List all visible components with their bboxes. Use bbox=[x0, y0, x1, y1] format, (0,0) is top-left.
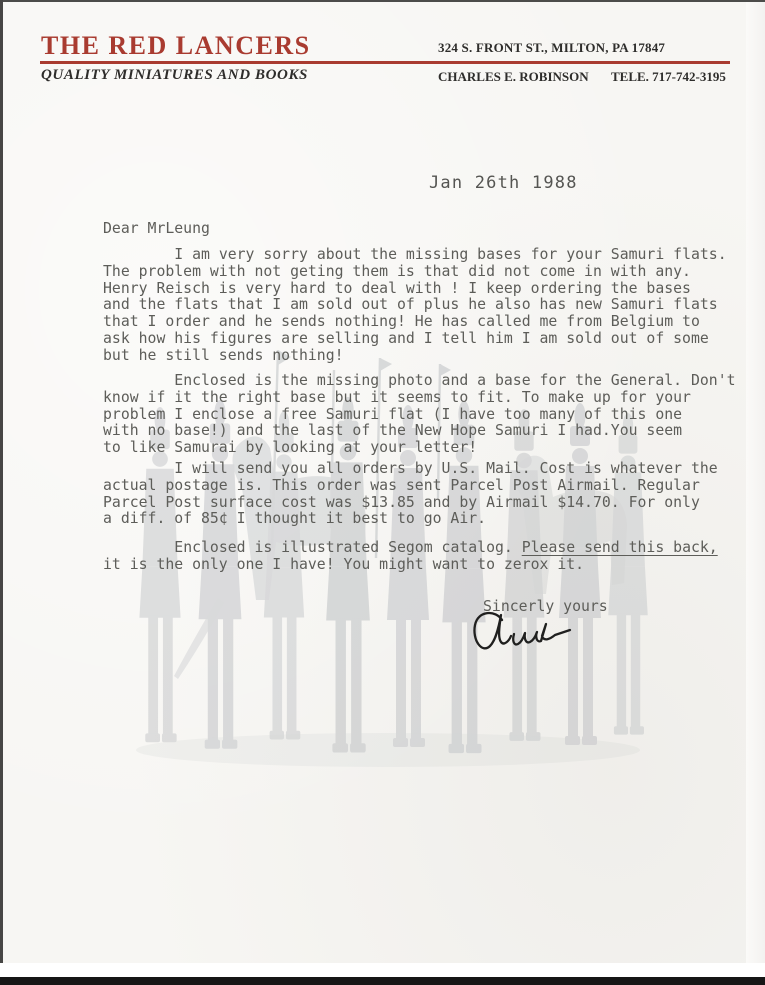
company-name: THE RED LANCERS bbox=[41, 31, 311, 61]
letter-date: Jan 26th 1988 bbox=[429, 175, 578, 192]
scan-bottom-bar bbox=[0, 977, 765, 985]
scanned-letter-page: THE RED LANCERS 324 S. FRONT ST., MILTON… bbox=[0, 0, 765, 985]
scan-top-edge bbox=[0, 0, 765, 2]
signature-chuck bbox=[466, 608, 574, 666]
scan-left-edge bbox=[0, 0, 3, 963]
company-tagline: QUALITY MINIATURES AND BOOKS bbox=[41, 67, 308, 84]
telephone-number: TELE. 717-742-3195 bbox=[611, 69, 726, 85]
paragraph-4: Enclosed is illustrated Segom catalog. P… bbox=[103, 540, 718, 574]
paragraph-1: I am very sorry about the missing bases … bbox=[103, 247, 727, 365]
paragraph-4-tail: it is the only one I have! You might wan… bbox=[103, 556, 584, 573]
underlined-request: Please send this back, bbox=[522, 539, 718, 556]
salutation: Dear MrLeung bbox=[103, 221, 210, 238]
company-address: 324 S. FRONT ST., MILTON, PA 17847 bbox=[438, 40, 665, 56]
letterhead-rule bbox=[40, 61, 730, 64]
paragraph-2: Enclosed is the missing photo and a base… bbox=[103, 373, 736, 457]
paragraph-4-text: Enclosed is illustrated Segom catalog. bbox=[103, 539, 522, 556]
paragraph-3: I will send you all orders by U.S. Mail.… bbox=[103, 461, 718, 528]
proprietor-name: CHARLES E. ROBINSON bbox=[438, 69, 589, 85]
paper-edge bbox=[746, 2, 765, 963]
